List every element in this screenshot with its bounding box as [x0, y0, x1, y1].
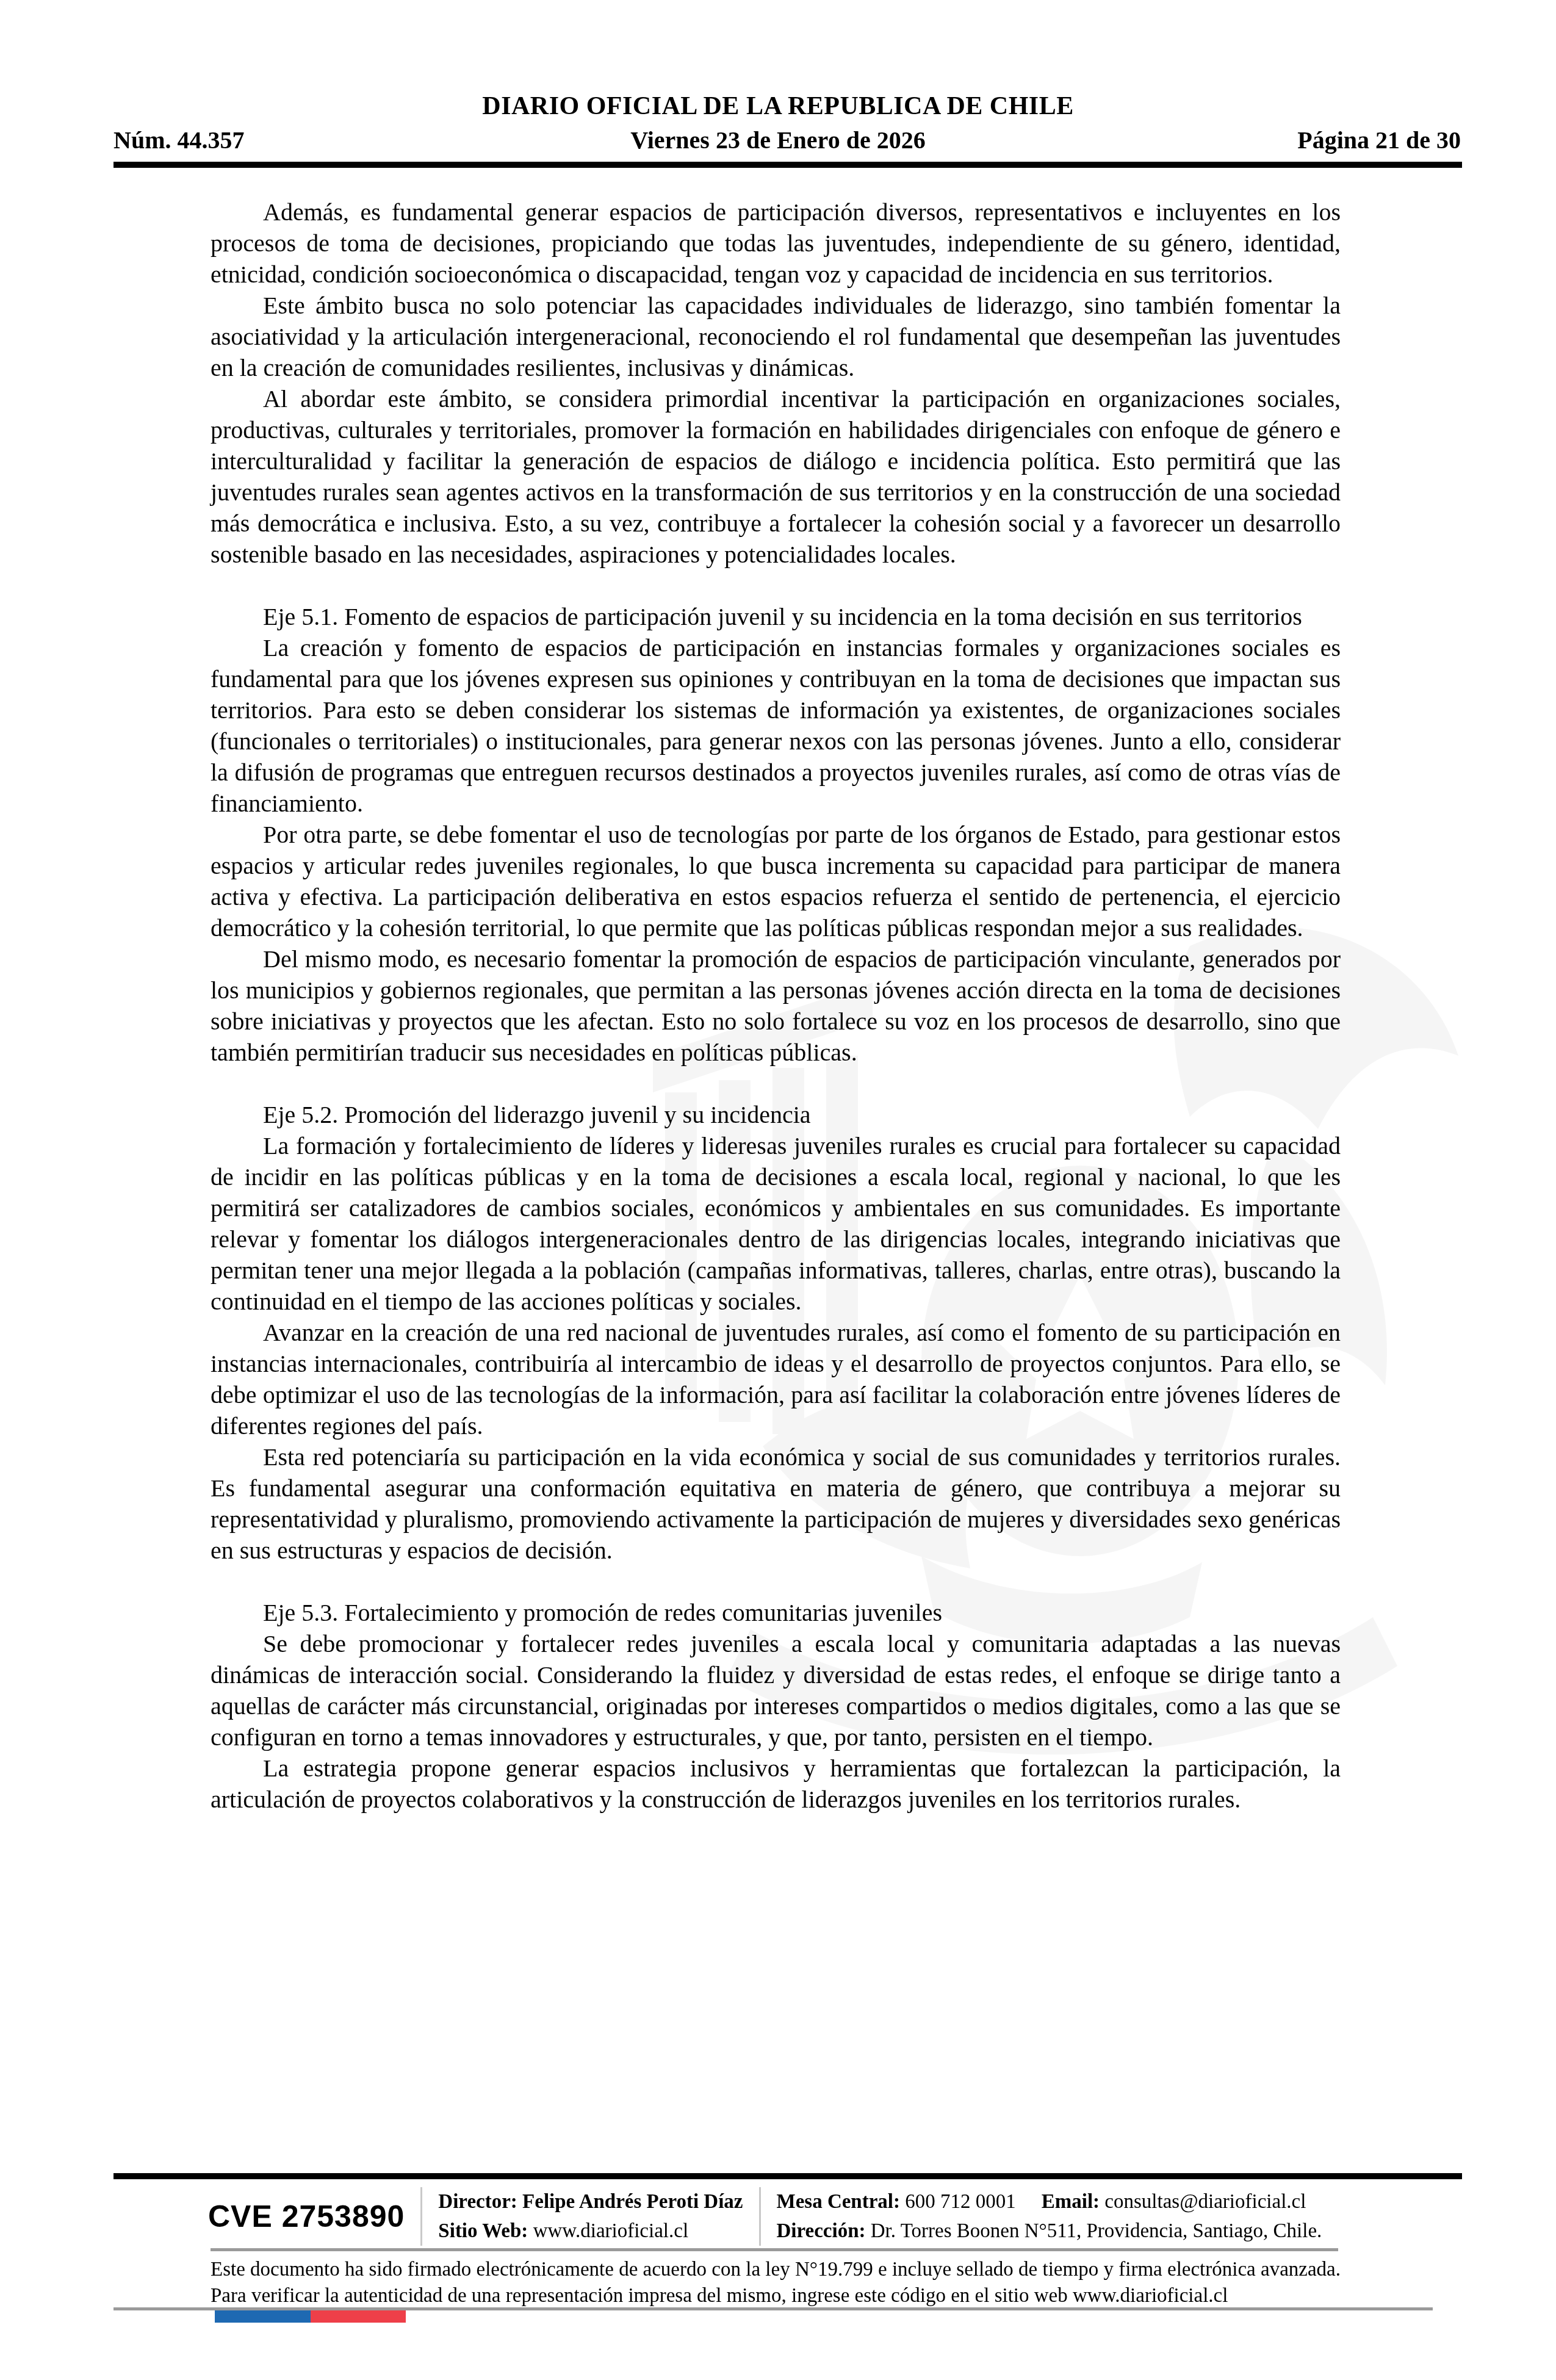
- website-value: www.diarioficial.cl: [533, 2220, 688, 2242]
- website-label: Sitio Web:: [438, 2220, 528, 2242]
- body-paragraph: Se debe promocionar y fortalecer redes j…: [211, 1628, 1341, 1753]
- flag-blue-bar: [215, 2310, 311, 2323]
- director-line: Director: Felipe Andrés Peroti Díaz: [438, 2187, 743, 2216]
- website-line: Sitio Web: www.diarioficial.cl: [438, 2216, 743, 2246]
- section-heading-eje-5-2: Eje 5.2. Promoción del liderazgo juvenil…: [211, 1099, 1341, 1130]
- director-value: Felipe Andrés Peroti Díaz: [522, 2191, 743, 2213]
- footer-info-bar: CVE 2753890 Director: Felipe Andrés Pero…: [208, 2187, 1322, 2246]
- address-value: Dr. Torres Boonen N°511, Providencia, Sa…: [871, 2220, 1322, 2242]
- footer-rule: [113, 2173, 1462, 2179]
- disclaimer-text: Este documento ha sido firmado electróni…: [211, 2257, 1341, 2309]
- document-body: Además, es fundamental generar espacios …: [211, 197, 1341, 1815]
- body-paragraph: Del mismo modo, es necesario fomentar la…: [211, 943, 1341, 1068]
- body-paragraph: Por otra parte, se debe fomentar el uso …: [211, 819, 1341, 943]
- director-label: Director:: [438, 2191, 517, 2213]
- address-line: Dirección: Dr. Torres Boonen N°511, Prov…: [777, 2216, 1322, 2246]
- body-paragraph: La formación y fortalecimiento de lídere…: [211, 1130, 1341, 1317]
- section-heading-eje-5-1: Eje 5.1. Fomento de espacios de particip…: [211, 601, 1341, 632]
- body-paragraph: Además, es fundamental generar espacios …: [211, 197, 1341, 290]
- email-value: consultas@diarioficial.cl: [1104, 2191, 1306, 2213]
- section-heading-eje-5-3: Eje 5.3. Fortalecimiento y promoción de …: [211, 1597, 1341, 1628]
- body-paragraph: La creación y fomento de espacios de par…: [211, 632, 1341, 819]
- body-paragraph: Avanzar en la creación de una red nacion…: [211, 1317, 1341, 1441]
- page-indicator: Página 21 de 30: [1297, 126, 1461, 154]
- body-paragraph: Este ámbito busca no solo potenciar las …: [211, 290, 1341, 383]
- header-rule: [113, 162, 1462, 168]
- phone-label: Mesa Central:: [777, 2191, 901, 2213]
- flag-red-bar: [311, 2310, 406, 2323]
- footer-divider: [420, 2187, 422, 2246]
- body-paragraph: Esta red potenciaría su participación en…: [211, 1441, 1341, 1566]
- address-label: Dirección:: [777, 2220, 866, 2242]
- journal-title: DIARIO OFICIAL DE LA REPUBLICA DE CHILE: [0, 92, 1556, 121]
- body-paragraph: Al abordar este ámbito, se considera pri…: [211, 383, 1341, 570]
- divider-rule-top: [211, 2248, 1338, 2251]
- email-label: Email:: [1042, 2191, 1100, 2213]
- phone-value: 600 712 0001: [905, 2191, 1016, 2213]
- body-paragraph: La estrategia propone generar espacios i…: [211, 1753, 1341, 1815]
- footer-divider: [759, 2187, 761, 2246]
- footer-contact-right: Mesa Central: 600 712 0001Email: consult…: [777, 2187, 1322, 2246]
- footer-contact-left: Director: Felipe Andrés Peroti Díaz Siti…: [438, 2187, 743, 2246]
- cve-code: CVE 2753890: [208, 2199, 405, 2234]
- phone-email-line: Mesa Central: 600 712 0001Email: consult…: [777, 2187, 1322, 2216]
- document-page: DIARIO OFICIAL DE LA REPUBLICA DE CHILE …: [0, 0, 1556, 2380]
